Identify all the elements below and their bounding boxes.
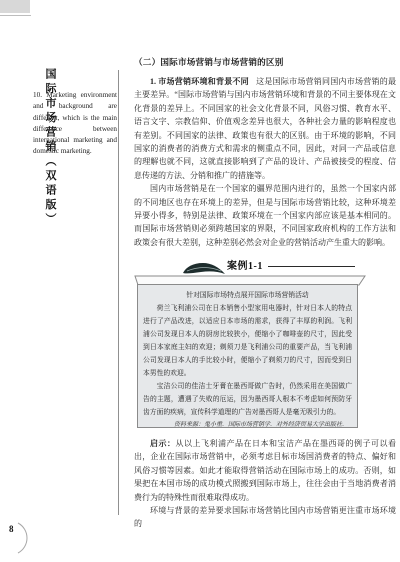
- case-paragraph-crest: 宝洁公司的佳洁士牙膏在墨西哥做广告时，仍然采用在美国做广告的主题，遭遇了失败的厄…: [143, 380, 352, 419]
- corner-arc-path: [18, 523, 27, 553]
- paragraph-body: 这是国际市场营销同国内市场营销的最主要差异。“国际市场营销与国内市场营销环境和背…: [134, 77, 396, 180]
- main-text-column-lower: 启示：从以上飞利浦产品在日本和宝洁产品在墨西哥的例子可以看出，企业在国际市场营销…: [134, 437, 396, 531]
- insight-lead: 启示：: [150, 439, 176, 448]
- case-source-citation: 资料来源：鬼小重．国际市场营销学．对外经济贸易大学出版社．: [143, 419, 352, 432]
- quill-feather-shape: [183, 263, 225, 274]
- quill-feather-icon: [183, 262, 225, 276]
- spine-edge-line: [0, 15, 31, 16]
- column-divider-line: [118, 70, 119, 515]
- corner-arc-decoration: [0, 510, 60, 562]
- paragraph-closing: 环境与背景的差异要求国际市场营销比国内市场营销更注重市场环境的: [134, 504, 396, 531]
- paragraph-domestic-vs-international: 国内市场营销是在一个国家的疆界范围内进行的，虽然一个国家内部的不同地区也存在环境…: [134, 182, 396, 249]
- case-box: 针对国际市场特点展开国际市场营销活动 荷兰飞利浦公司在日本销售小型家用电器时，针…: [137, 284, 358, 428]
- paragraph-lead: 1. 市场营销环境和背景不同: [150, 77, 249, 86]
- case-label: 案例1-1: [227, 257, 263, 272]
- book-page: 国际市场营销（双语版） 10. Marketing environment an…: [0, 0, 400, 562]
- main-text-column-upper: （二）国际市场营销与市场营销的区别 1. 市场营销环境和背景不同这是国际市场营销…: [134, 56, 396, 249]
- spine-edge-block: [0, 0, 30, 13]
- case-paragraph-philips: 荷兰飞利浦公司在日本销售小型家用电器时，针对日本人的特点进行了产品改进，以适应日…: [143, 302, 352, 380]
- section-heading: （二）国际市场营销与市场营销的区别: [134, 56, 396, 68]
- paragraph-insight: 启示：从以上飞利浦产品在日本和宝洁产品在墨西哥的例子可以看出，企业在国际市场营销…: [134, 437, 396, 504]
- insight-body: 从以上飞利浦产品在日本和宝洁产品在墨西哥的例子可以看出，企业在国际市场营销中，必…: [134, 439, 396, 502]
- case-title: 针对国际市场特点展开国际市场营销活动: [143, 289, 352, 302]
- paragraph-marketing-environment: 1. 市场营销环境和背景不同这是国际市场营销同国内市场营销的最主要差异。“国际市…: [134, 75, 396, 182]
- case-label-rule: [268, 266, 355, 267]
- margin-footnote: 10. Marketing environment and background…: [33, 90, 117, 158]
- case-label-row: 案例1-1: [137, 256, 359, 276]
